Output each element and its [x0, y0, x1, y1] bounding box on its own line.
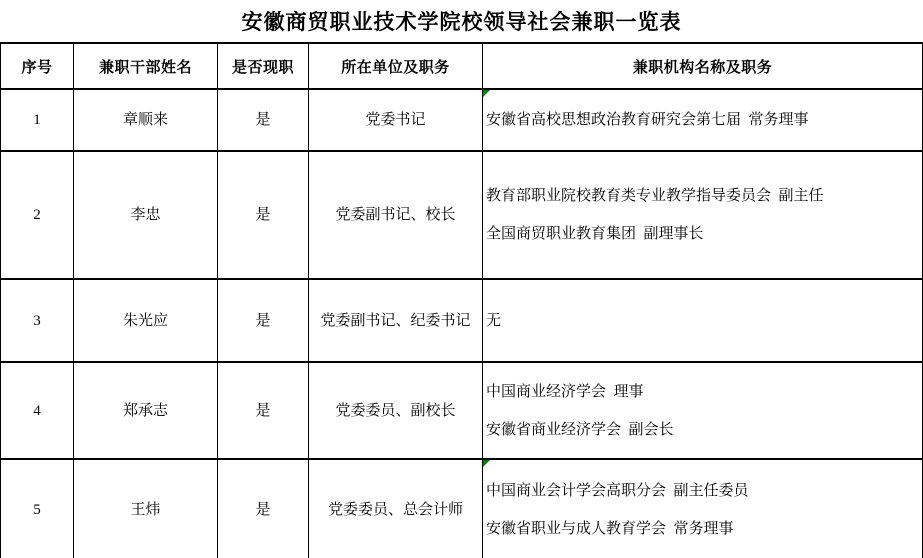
cell-is-current: 是	[218, 459, 309, 558]
cell-cadre-name: 李忠	[74, 151, 218, 279]
cell-is-current: 是	[218, 279, 309, 362]
cell-org-positions: 安徽省高校思想政治教育研究会第七届 常务理事	[483, 89, 923, 151]
org-position-line: 安徽省商业经济学会 副会长	[486, 419, 922, 441]
cell-unit-position: 党委委员、副校长	[309, 362, 483, 459]
table-row: 5 王炜 是 党委委员、总会计师 中国商业会计学会高职分会 副主任委员安徽省职业…	[1, 459, 923, 558]
cell-org-positions: 教育部职业院校教育类专业教学指导委员会 副主任全国商贸职业教育集团 副理事长	[483, 151, 923, 279]
cell-cadre-name: 郑承志	[74, 362, 218, 459]
org-position-line: 安徽省高校思想政治教育研究会第七届 常务理事	[486, 109, 922, 131]
cell-serial-number: 4	[1, 362, 74, 459]
org-position-line: 中国商业会计学会高职分会 副主任委员	[486, 480, 922, 502]
page-title: 安徽商贸职业技术学院校领导社会兼职一览表	[0, 0, 923, 42]
roster-table: 序号 兼职干部姓名 是否现职 所在单位及职务 兼职机构名称及职务 1 章顺来 是…	[0, 42, 923, 558]
cell-serial-number: 5	[1, 459, 74, 558]
table-body: 1 章顺来 是 党委书记 安徽省高校思想政治教育研究会第七届 常务理事 2 李忠…	[1, 89, 923, 558]
table-row: 2 李忠 是 党委副书记、校长 教育部职业院校教育类专业教学指导委员会 副主任全…	[1, 151, 923, 279]
table-row: 1 章顺来 是 党委书记 安徽省高校思想政治教育研究会第七届 常务理事	[1, 89, 923, 151]
cell-is-current: 是	[218, 151, 309, 279]
document-page: 安徽商贸职业技术学院校领导社会兼职一览表 序号 兼职干部姓名 是否现职 所在单位…	[0, 0, 923, 558]
table-row: 3 朱光应 是 党委副书记、纪委书记 无	[1, 279, 923, 362]
col-header-cadre-name: 兼职干部姓名	[74, 43, 218, 89]
cell-is-current: 是	[218, 89, 309, 151]
cell-org-positions: 中国商业经济学会 理事安徽省商业经济学会 副会长	[483, 362, 923, 459]
col-header-org-position: 兼职机构名称及职务	[483, 43, 923, 89]
cell-unit-position: 党委副书记、校长	[309, 151, 483, 279]
cell-cadre-name: 朱光应	[74, 279, 218, 362]
error-indicator-triangle-icon	[483, 90, 490, 97]
cell-serial-number: 2	[1, 151, 74, 279]
cell-cadre-name: 章顺来	[74, 89, 218, 151]
error-indicator-triangle-icon	[483, 460, 490, 467]
org-position-line: 安徽省职业与成人教育学会 常务理事	[486, 518, 922, 540]
cell-serial-number: 1	[1, 89, 74, 151]
col-header-serial: 序号	[1, 43, 74, 89]
org-position-line: 中国商业经济学会 理事	[486, 381, 922, 403]
cell-unit-position: 党委副书记、纪委书记	[309, 279, 483, 362]
cell-unit-position: 党委书记	[309, 89, 483, 151]
org-position-line: 无	[486, 310, 922, 332]
org-position-line: 教育部职业院校教育类专业教学指导委员会 副主任	[486, 185, 922, 207]
org-position-line: 全国商贸职业教育集团 副理事长	[486, 223, 922, 245]
cell-org-positions: 无	[483, 279, 923, 362]
col-header-unit-position: 所在单位及职务	[309, 43, 483, 89]
cell-org-positions: 中国商业会计学会高职分会 副主任委员安徽省职业与成人教育学会 常务理事	[483, 459, 923, 558]
cell-is-current: 是	[218, 362, 309, 459]
table-row: 4 郑承志 是 党委委员、副校长 中国商业经济学会 理事安徽省商业经济学会 副会…	[1, 362, 923, 459]
header-row: 序号 兼职干部姓名 是否现职 所在单位及职务 兼职机构名称及职务	[1, 43, 923, 89]
cell-unit-position: 党委委员、总会计师	[309, 459, 483, 558]
cell-cadre-name: 王炜	[74, 459, 218, 558]
col-header-is-current: 是否现职	[218, 43, 309, 89]
cell-serial-number: 3	[1, 279, 74, 362]
